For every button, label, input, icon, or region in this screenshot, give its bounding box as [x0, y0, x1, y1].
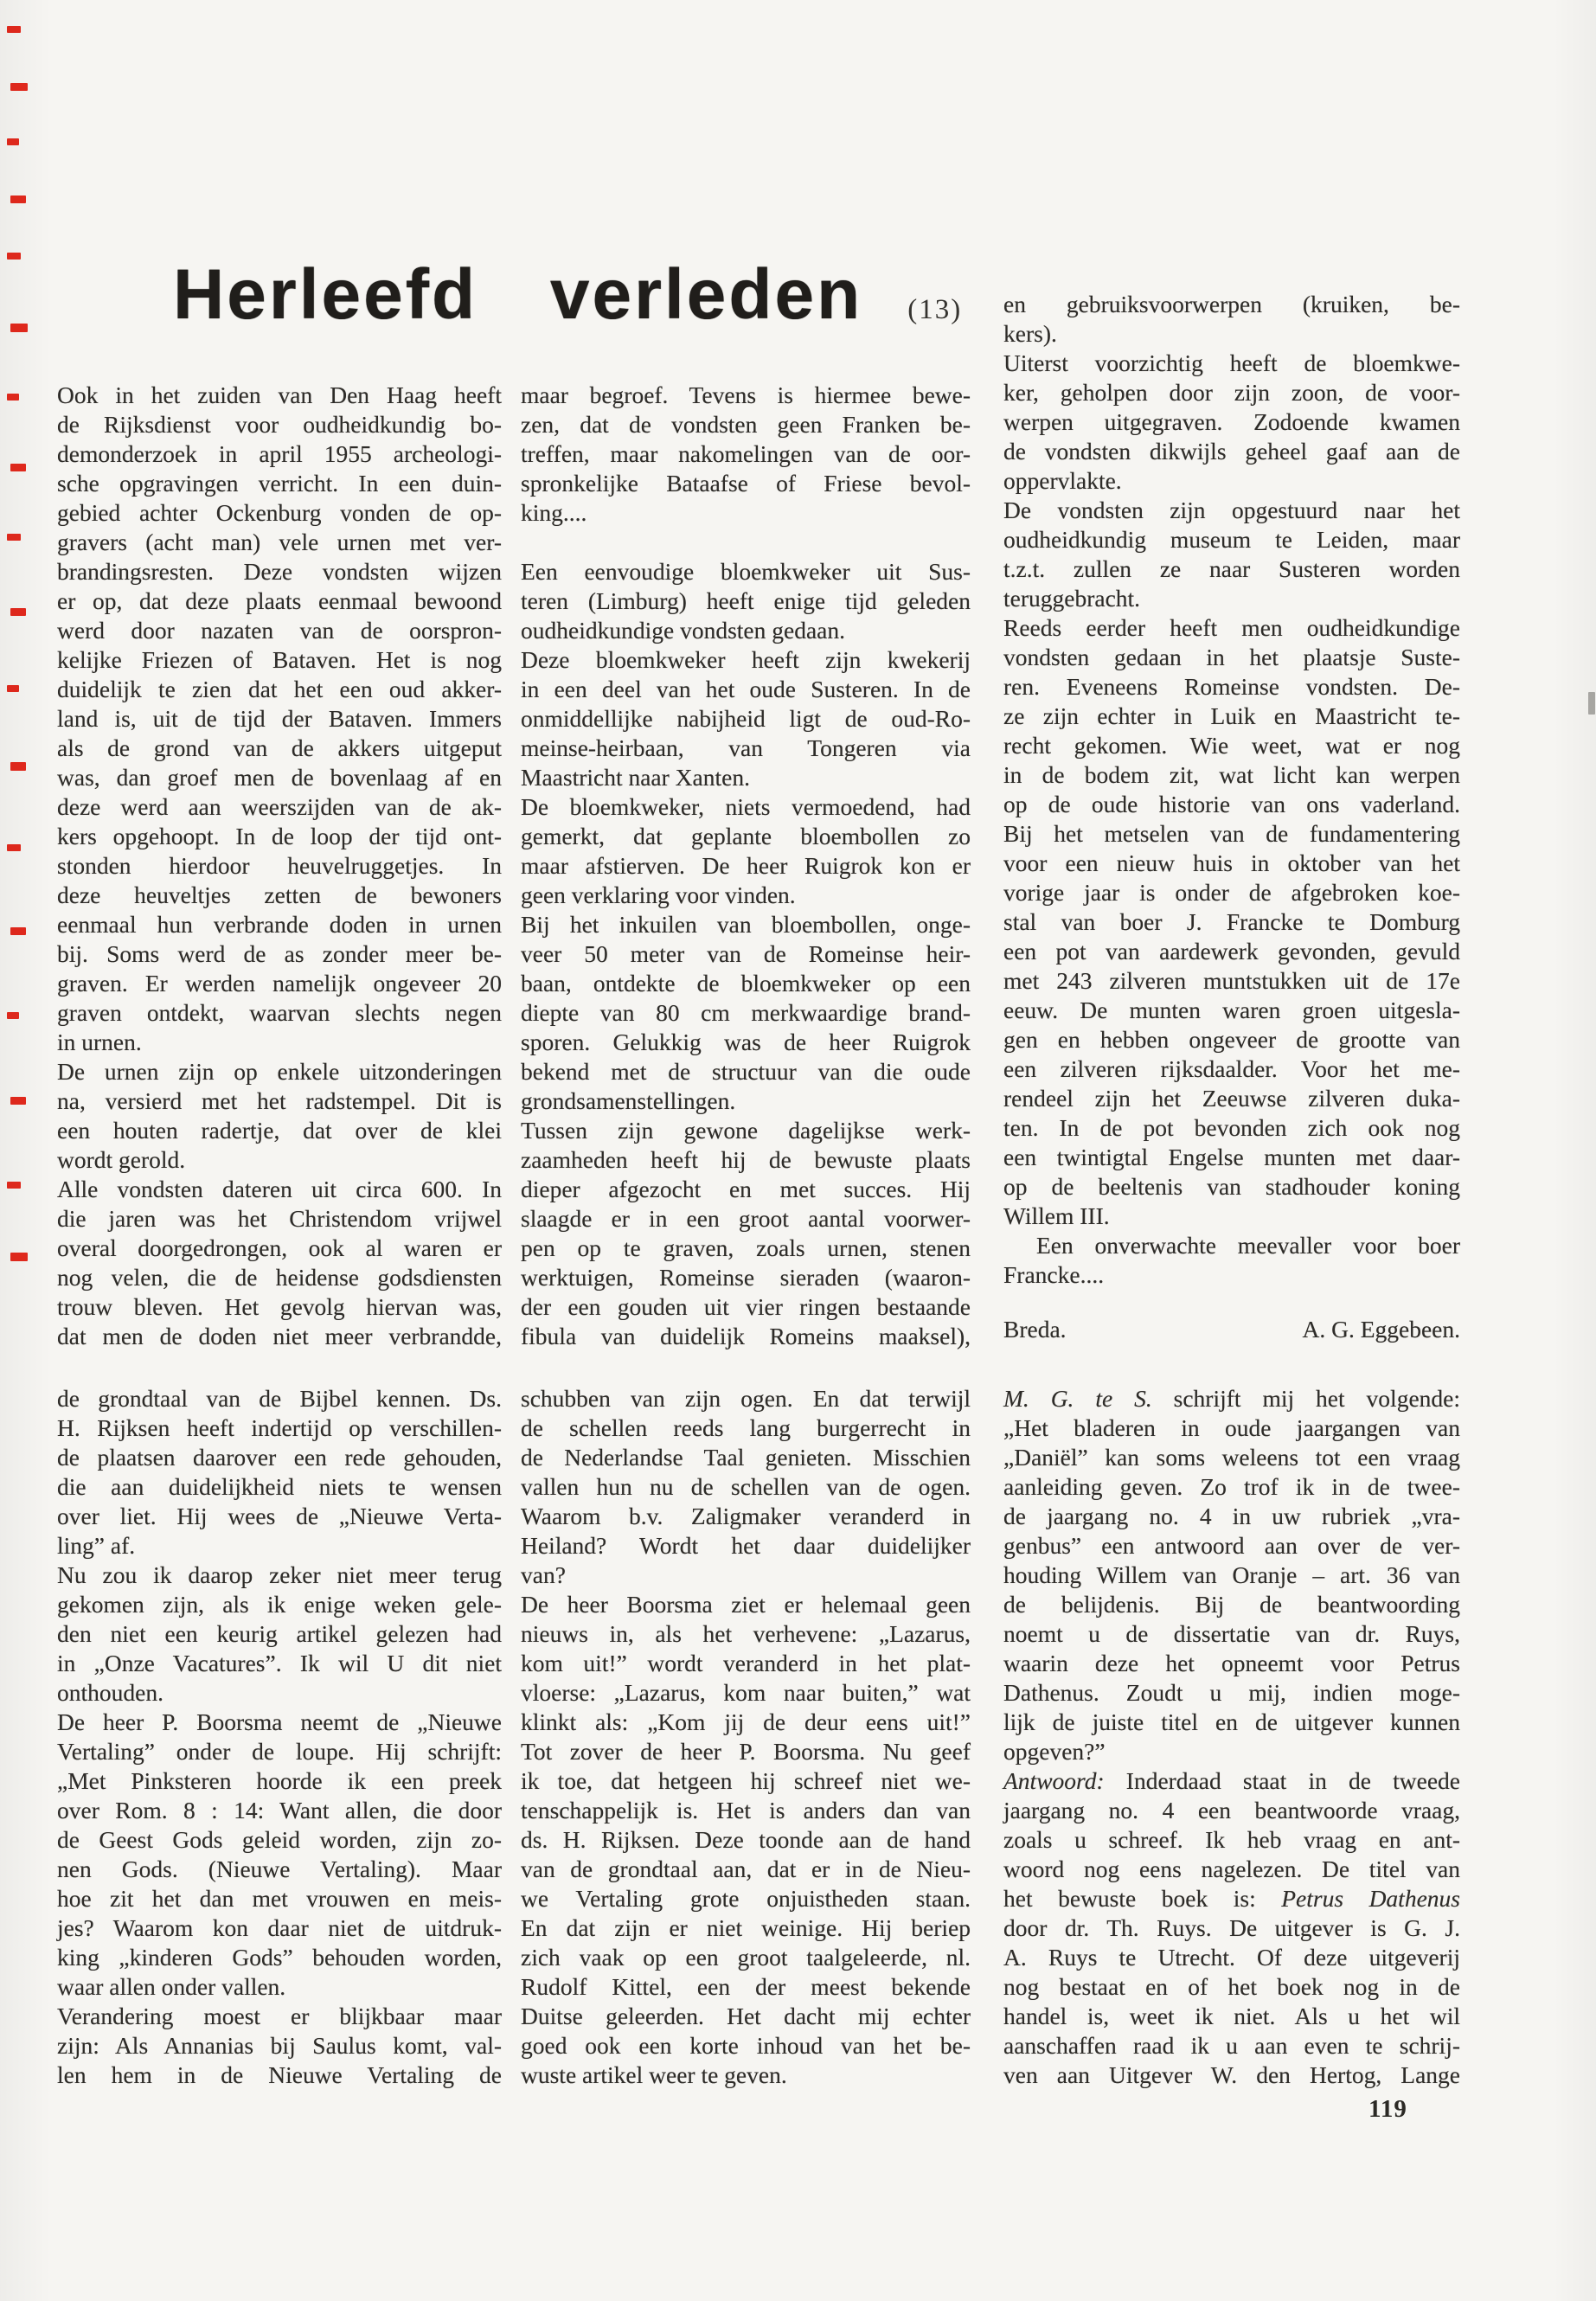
text-line: zaamheden heeft hij de bewuste plaats [521, 1145, 971, 1175]
text-line: De heer P. Boorsma neemt de „Nieuwe [57, 1708, 502, 1737]
text-line: een zilveren rijksdaalder. Voor het me- [1003, 1054, 1460, 1084]
text-line: De urnen zijn op enkele uitzonderingen [57, 1057, 502, 1086]
text-line: oppervlakte. [1003, 466, 1460, 496]
red-mark [7, 844, 21, 851]
text-line: bij. Soms werd de as zonder meer be- [57, 939, 502, 969]
text-line: wordt gerold. [57, 1145, 502, 1175]
paragraph: Bij het inkuilen van bloembollen, onge-v… [521, 910, 971, 1116]
text-line: land is, uit de tijd der Bataven. Immers [57, 704, 502, 734]
text-line: Vertaling” onder de loupe. Hij schrijft: [57, 1737, 502, 1766]
text-line: Tussen zijn gewone dagelijkse werk- [521, 1116, 971, 1145]
text-line: onthouden. [57, 1678, 502, 1708]
text-line: gemerkt, dat geplante bloembollen zo [521, 822, 971, 851]
text-line: Ook in het zuiden van Den Haag heeft [57, 381, 502, 410]
text-line: king.... [521, 498, 971, 528]
text-line: Reeds eerder heeft men oudheidkundige [1003, 613, 1460, 643]
text-line: Heiland? Wordt het daar duidelijker [521, 1531, 971, 1561]
text-line: Alle vondsten dateren uit circa 600. In [57, 1175, 502, 1204]
text-line: spronkelijke Bataafse of Friese bevol- [521, 469, 971, 498]
paragraph: maar begroef. Tevens is hiermee bewe-zen… [521, 381, 971, 528]
text-line: werktuigen, Romeinse sieraden (waaron- [521, 1263, 971, 1292]
text-line: stal van boer J. Francke te Domburg [1003, 907, 1460, 937]
text-line: dat men de doden niet meer verbrandde, [57, 1322, 502, 1351]
text-line: eeuw. De munten waren groen uitgesla- [1003, 996, 1460, 1025]
text-line: Antwoord: Inderdaad staat in de tweede [1003, 1766, 1460, 1796]
text-line: zoals u schreef. Ik heb vraag en ant- [1003, 1825, 1460, 1855]
paragraph: De heer P. Boorsma neemt de „NieuweVerta… [57, 1708, 502, 2002]
text-line: zen, dat de vondsten geen Franken be- [521, 410, 971, 439]
text-line: aanleiding geven. Zo trof ik in de twee- [1003, 1472, 1460, 1502]
text-line: waarin deze het opneemt voor Petrus [1003, 1649, 1460, 1678]
text-line: Een onverwachte meevaller voor boer [1003, 1231, 1460, 1260]
text-line: voor een nieuw huis in oktober van het [1003, 849, 1460, 878]
text-line: jes? Waarom kon daar niet de uitdruk- [57, 1913, 502, 1943]
text-line: aanschaffen raad ik u aan even te schrij… [1003, 2031, 1460, 2061]
text-line: de Rijksdienst voor oudheidkundig bo- [57, 410, 502, 439]
text-line: Maastricht naar Xanten. [521, 763, 971, 792]
text-line: vondsten gedaan in het plaatsje Suste- [1003, 643, 1460, 672]
text-line: lijk de juiste titel en de uitgever kunn… [1003, 1708, 1460, 1737]
paragraph: Deze bloemkweker heeft zijn kwekerijin e… [521, 645, 971, 792]
text-line: sporen. Gelukkig was de heer Ruigrok [521, 1028, 971, 1057]
red-mark [7, 394, 19, 401]
text-line: diepte van 80 cm merkwaardige brand- [521, 998, 971, 1028]
text-line: een twintigtal Engelse munten met daar- [1003, 1143, 1460, 1172]
paragraph: De vondsten zijn opgestuurd naar hetoudh… [1003, 496, 1460, 613]
text-line: teruggebracht. [1003, 584, 1460, 613]
text-line: onmiddellijke nabijheid ligt de oud-Ro- [521, 704, 971, 734]
text-line: der een gouden uit vier ringen bestaande [521, 1292, 971, 1322]
paragraph: schubben van zijn ogen. En dat terwijlde… [521, 1384, 971, 1590]
text-line: Dathenus. Zoudt u mij, indien moge- [1003, 1678, 1460, 1708]
text-line: kers). [1003, 319, 1460, 349]
text-line: bekend met de structuur van die oude [521, 1057, 971, 1086]
text-line: geen verklaring voor vinden. [521, 881, 971, 910]
text-line: Een eenvoudige bloemkweker uit Sus- [521, 557, 971, 586]
text-line: t.z.t. zullen ze naar Susteren worden [1003, 554, 1460, 584]
paragraph: Alle vondsten dateren uit circa 600. Ind… [57, 1175, 502, 1351]
text-line: gekomen zijn, als ik enige weken gele- [57, 1590, 502, 1619]
red-mark [10, 195, 26, 203]
text-line: vloerse: „Lazarus, kom naar buiten,” wat [521, 1678, 971, 1708]
text-line: die aan duidelijkheid niets te wensen [57, 1472, 502, 1502]
text-line: nieuws in, als het verhevene: „Lazarus, [521, 1619, 971, 1649]
text-line: „Daniël” kan soms weleens tot een vraag [1003, 1443, 1460, 1472]
text-line: Uiterst voorzichtig heeft de bloemkwe- [1003, 349, 1460, 378]
text-line: ds. H. Rijksen. Deze toonde aan de hand [521, 1825, 971, 1855]
bottom-column-2: schubben van zijn ogen. En dat terwijlde… [521, 1384, 971, 2090]
red-mark [10, 762, 26, 771]
red-mark [10, 324, 28, 332]
text-line: demonderzoek in april 1955 archeologi- [57, 439, 502, 469]
text-line: nen Gods. (Nieuwe Vertaling). Maar [57, 1855, 502, 1884]
text-line: trouw bleven. Het gevolg hiervan was, [57, 1292, 502, 1322]
text-line: de Nederlandse Taal genieten. Misschien [521, 1443, 971, 1472]
text-line: een houten radertje, dat over de klei [57, 1116, 502, 1145]
text-line: handel is, weet ik niet. Als u het wil [1003, 2002, 1460, 2031]
text-line: deze heuveltjes zetten de bewoners [57, 881, 502, 910]
paragraph: Nu zou ik daarop zeker niet meer terugge… [57, 1561, 502, 1708]
right-edge-tick [1588, 692, 1595, 715]
paragraph: De heer Boorsma ziet er helemaal geennie… [521, 1590, 971, 2090]
text-line: ren. Eveneens Romeinse vondsten. De- [1003, 672, 1460, 702]
bottom-column-1: de grondtaal van de Bijbel kennen. Ds.H.… [57, 1384, 502, 2090]
text-line: wuste artikel weer te geven. [521, 2061, 971, 2090]
text-line: eenmaal hun verbrande doden in urnen [57, 910, 502, 939]
text-line: de grondtaal van de Bijbel kennen. Ds. [57, 1384, 502, 1413]
text-line: baan, ontdekte de bloemkweker op een [521, 969, 971, 998]
text-line: maar afstierven. De heer Ruigrok kon er [521, 851, 971, 881]
text-line: den niet een keurig artikel gelezen had [57, 1619, 502, 1649]
text-line: oudheidkundige vondsten gedaan. [521, 616, 971, 645]
signature-location: Breda. [1003, 1315, 1067, 1344]
text-line: vorige jaar is onder de afgebroken koe- [1003, 878, 1460, 907]
text-line: de schellen reeds lang burgerrecht in [521, 1413, 971, 1443]
text-line: als de grond van de akkers uitgeput [57, 734, 502, 763]
text-line: in de bodem zit, wat licht kan werpen [1003, 760, 1460, 790]
top-column-2: maar begroef. Tevens is hiermee bewe-zen… [521, 381, 971, 1351]
text-line: op de oude historie van ons vaderland. [1003, 790, 1460, 819]
text-line: Bij het inkuilen van bloembollen, onge- [521, 910, 971, 939]
text-line: we Vertaling grote onjuistheden staan. [521, 1884, 971, 1913]
text-line: En dat zijn er niet weinige. Hij beriep [521, 1913, 971, 1943]
text-line: kom uit!” wordt veranderd in het plat- [521, 1649, 971, 1678]
red-mark [7, 685, 19, 692]
signature-row-container: Breda. A. G. Eggebeen. [1003, 1280, 1460, 1344]
text-line: graven ontdekt, waarvan slechts negen [57, 998, 502, 1028]
text-line: gen en hebben ongeveer de grootte van [1003, 1025, 1460, 1054]
text-line: van? [521, 1561, 971, 1590]
text-line: schubben van zijn ogen. En dat terwijl [521, 1384, 971, 1413]
text-line: treffen, maar nakomelingen van de oor- [521, 439, 971, 469]
red-mark [10, 927, 26, 935]
paragraph: Verandering moest er blijkbaar maarzijn:… [57, 2002, 502, 2090]
text-line: zich vaak op een groot taalgeleerde, nl. [521, 1943, 971, 1972]
page-title: Herleefd verleden [173, 255, 862, 334]
text-line: tenschappelijk is. Het is anders dan van [521, 1796, 971, 1825]
text-line: Willem III. [1003, 1202, 1460, 1231]
text-line: H. Rijksen heeft indertijd op verschille… [57, 1413, 502, 1443]
text-line: Tot zover de heer P. Boorsma. Nu geef [521, 1737, 971, 1766]
text-line: „Met Pinksteren hoorde ik een preek [57, 1766, 502, 1796]
text-line: opgeven?” [1003, 1737, 1460, 1766]
text-line: duidelijk te zien dat het een oud akker- [57, 675, 502, 704]
red-mark [7, 138, 19, 145]
text-line: teren (Limburg) heeft enige tijd geleden [521, 586, 971, 616]
text-line: king „kinderen Gods” behouden worden, [57, 1943, 502, 1972]
text-line: A. Ruys te Utrecht. Of deze uitgeverij [1003, 1943, 1460, 1972]
text-line: gravers (acht man) vele urnen met ver- [57, 528, 502, 557]
text-line: De bloemkweker, niets vermoedend, had [521, 792, 971, 822]
text-line: werpen uitgegraven. Zodoende kwamen [1003, 407, 1460, 437]
red-mark [7, 1182, 21, 1189]
text-line: kers opgehoopt. In de loop der tijd ont- [57, 822, 502, 851]
text-line: ten. In de pot bevonden zich ook nog [1003, 1113, 1460, 1143]
text-line: was, dan groef men de bovenlaag af en [57, 763, 502, 792]
text-line: waar allen onder vallen. [57, 1972, 502, 2002]
paragraph: M. G. te S. schrijft mij het volgende:„H… [1003, 1384, 1460, 1766]
text-line: M. G. te S. schrijft mij het volgende: [1003, 1384, 1460, 1413]
text-line: De vondsten zijn opgestuurd naar het [1003, 496, 1460, 525]
text-line: overal doorgedrongen, ook al waren er [57, 1234, 502, 1263]
text-line: de belijdenis. Bij de beantwoording [1003, 1590, 1460, 1619]
paragraph: Een eenvoudige bloemkweker uit Sus-teren… [521, 557, 971, 645]
red-mark [7, 26, 21, 33]
text-line: gebied achter Ockenburg vonden de op- [57, 498, 502, 528]
text-line: de vondsten dikwijls geheel gaaf aan de [1003, 437, 1460, 466]
text-line: door dr. Th. Ruys. De uitgever is G. J. [1003, 1913, 1460, 1943]
paragraph: Antwoord: Inderdaad staat in de tweedeja… [1003, 1766, 1460, 2090]
text-line: na, versierd met het radstempel. Dit is [57, 1086, 502, 1116]
text-line: pen op te graven, zoals urnen, stenen [521, 1234, 971, 1263]
text-line: goed ook een korte inhoud van het be- [521, 2031, 971, 2061]
text-line: de jaargang no. 4 in uw rubriek „vra- [1003, 1502, 1460, 1531]
text-line: Deze bloemkweker heeft zijn kwekerij [521, 645, 971, 675]
top-column-3: en gebruiksvoorwerpen (kruiken, be-kers)… [1003, 290, 1460, 1290]
scanned-magazine-page: Herleefd verleden(13) Ook in het zuiden … [0, 0, 1596, 2301]
text-line: werd door nazaten van de oorspron- [57, 616, 502, 645]
text-line: en gebruiksvoorwerpen (kruiken, be- [1003, 290, 1460, 319]
text-line: Duitse geleerden. Het dacht mij echter [521, 2002, 971, 2031]
text-line: in een deel van het oude Susteren. In de [521, 675, 971, 704]
text-line: genbus” een antwoord aan over de ver- [1003, 1531, 1460, 1561]
text-line: Verandering moest er blijkbaar maar [57, 2002, 502, 2031]
text-line: veer 50 meter van de Romeinse heir- [521, 939, 971, 969]
text-line: fibula van duidelijk Romeins maaksel), [521, 1322, 971, 1351]
text-line: meinse-heirbaan, van Tongeren via [521, 734, 971, 763]
paragraph: De bloemkweker, niets vermoedend, hadgem… [521, 792, 971, 910]
paragraph: Reeds eerder heeft men oudheidkundigevon… [1003, 613, 1460, 1231]
red-mark [7, 534, 21, 541]
text-line: in urnen. [57, 1028, 502, 1057]
text-line: op de beeltenis van stadhouder koning [1003, 1172, 1460, 1202]
text-line: len hem in de Nieuwe Vertaling de [57, 2061, 502, 2090]
text-line: Waarom b.v. Zaligmaker veranderd in [521, 1502, 971, 1531]
signature-row: Breda. A. G. Eggebeen. [1003, 1315, 1460, 1344]
text-line: vallen hun nu de schellen van de ogen. [521, 1472, 971, 1502]
text-line: Nu zou ik daarop zeker niet meer terug [57, 1561, 502, 1590]
text-line: oudheidkundig museum te Leiden, maar [1003, 525, 1460, 554]
red-mark [10, 464, 26, 471]
text-line: „Het bladeren in oude jaargangen van [1003, 1413, 1460, 1443]
paragraph: Uiterst voorzichtig heeft de bloemkwe-ke… [1003, 349, 1460, 496]
text-line: graven. Er werden namelijk ongeveer 20 [57, 969, 502, 998]
text-line: nog velen, die de heidense godsdiensten [57, 1263, 502, 1292]
paragraph: Ook in het zuiden van Den Haag heeftde R… [57, 381, 502, 1057]
text-line: met 243 zilveren muntstukken uit de 17e [1003, 966, 1460, 996]
text-line: ven aan Uitgever W. den Hertog, Lange [1003, 2061, 1460, 2090]
text-line: hoe zit het dan met vrouwen en meis- [57, 1884, 502, 1913]
text-line: er op, dat deze plaats eenmaal bewoond [57, 586, 502, 616]
text-line: jaargang no. 4 een beantwoorde vraag, [1003, 1796, 1460, 1825]
text-line: van de grondtaal aan, dat er in de Nieu- [521, 1855, 971, 1884]
text-line: klinkt als: „Kom jij de deur eens uit!” [521, 1708, 971, 1737]
paragraph: en gebruiksvoorwerpen (kruiken, be-kers)… [1003, 290, 1460, 349]
text-line: zijn: Als Annanias bij Saulus komt, val- [57, 2031, 502, 2061]
signature-author: A. G. Eggebeen. [1302, 1315, 1460, 1344]
text-line: de plaatsen daarover een rede gehouden, [57, 1443, 502, 1472]
text-line: in „Onze Vacatures”. Ik wil U dit niet [57, 1649, 502, 1678]
paragraph: de grondtaal van de Bijbel kennen. Ds.H.… [57, 1384, 502, 1561]
red-mark [7, 1012, 19, 1019]
issue-number: (13) [907, 294, 962, 325]
red-mark [10, 1253, 28, 1261]
text-line: recht gekomen. Wie weet, wat er nog [1003, 731, 1460, 760]
text-line: die jaren was het Christendom vrijwel [57, 1204, 502, 1234]
text-line: stonden hierdoor heuvelruggetjes. In [57, 851, 502, 881]
text-line: houding Willem van Oranje – art. 36 van [1003, 1561, 1460, 1590]
text-line: nog bestaat en of het boek nog in de [1003, 1972, 1460, 2002]
text-line: grondsamenstellingen. [521, 1086, 971, 1116]
bottom-column-3: M. G. te S. schrijft mij het volgende:„H… [1003, 1384, 1460, 2090]
text-line: Rudolf Kittel, een der meest bekende [521, 1972, 971, 2002]
text-line: maar begroef. Tevens is hiermee bewe- [521, 381, 971, 410]
text-line: over Rom. 8 : 14: Want allen, die door [57, 1796, 502, 1825]
text-line: ze zijn echter in Luik en Maastricht te- [1003, 702, 1460, 731]
text-line: ker, geholpen door zijn zoon, de voor- [1003, 378, 1460, 407]
top-column-1: Ook in het zuiden van Den Haag heeftde R… [57, 381, 502, 1351]
red-mark [7, 253, 21, 260]
text-line: rendeel zijn het Zeeuwse zilveren duka- [1003, 1084, 1460, 1113]
text-line: noemt u de dissertatie van dr. Ruys, [1003, 1619, 1460, 1649]
text-line: de Geest Gods geleid worden, zijn zo- [57, 1825, 502, 1855]
text-line: woord nog eens nagelezen. De titel van [1003, 1855, 1460, 1884]
text-line: De heer Boorsma ziet er helemaal geen [521, 1590, 971, 1619]
red-mark [10, 83, 28, 91]
text-line: over liet. Hij wees de „Nieuwe Verta- [57, 1502, 502, 1531]
text-line: ik toe, dat hetgeen hij schreef niet we- [521, 1766, 971, 1796]
red-mark [10, 608, 26, 616]
paragraph: De urnen zijn op enkele uitzonderingenna… [57, 1057, 502, 1175]
red-mark [10, 1097, 26, 1105]
text-line: deze werd aan weerszijden van de ak- [57, 792, 502, 822]
paragraph: Tussen zijn gewone dagelijkse werk-zaamh… [521, 1116, 971, 1351]
text-line: sche opgravingen verricht. In een duin- [57, 469, 502, 498]
text-line: brandingsresten. Deze vondsten wijzen [57, 557, 502, 586]
article-header: Herleefd verleden(13) [173, 260, 962, 330]
text-line: het bewuste boek is: Petrus Dathenus [1003, 1884, 1460, 1913]
text-line: een pot van aardewerk gevonden, gevuld [1003, 937, 1460, 966]
page-number: 119 [1368, 2095, 1407, 2124]
text-line: kelijke Friezen of Bataven. Het is nog [57, 645, 502, 675]
text-line: dieper afgezocht en met succes. Hij [521, 1175, 971, 1204]
text-line: slaagde er in een groot aantal voorwer- [521, 1204, 971, 1234]
text-line: ling” af. [57, 1531, 502, 1561]
text-line: Bij het metselen van de fundamentering [1003, 819, 1460, 849]
